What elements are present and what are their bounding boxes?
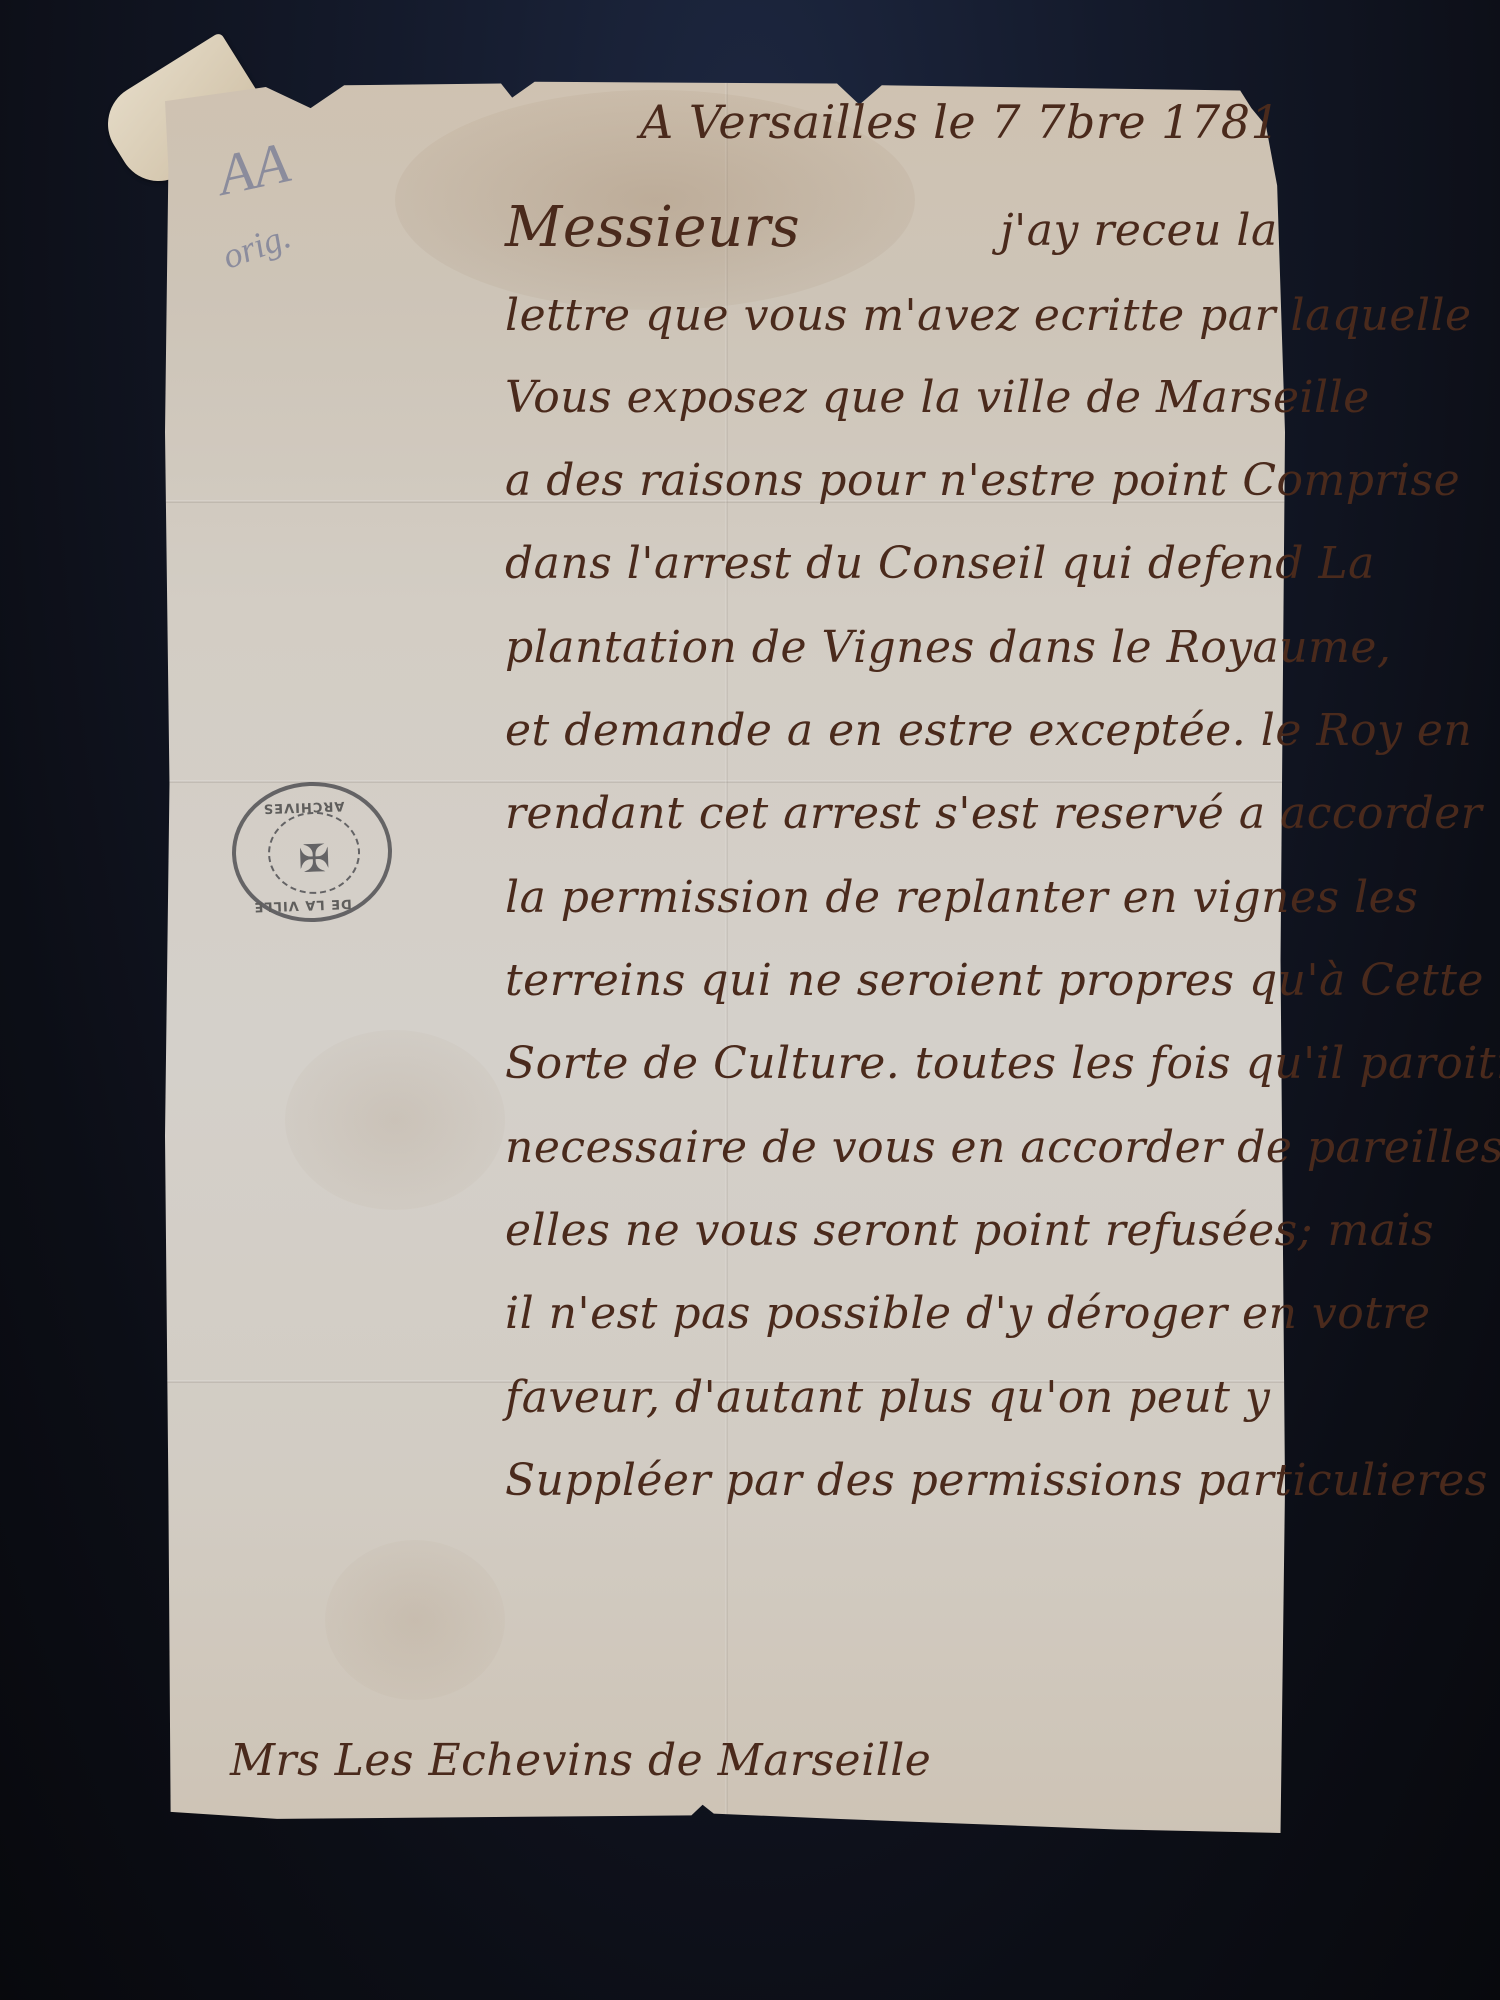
body-line: plantation de Vignes dans le Royaume, [505,622,1391,673]
body-line: necessaire de vous en accorder de pareil… [505,1122,1500,1173]
body-line: il n'est pas possible d'y déroger en vot… [505,1288,1431,1339]
water-stain [325,1540,505,1700]
dateline: A Versailles le 7 7bre 1781 [640,95,1280,149]
body-line: et demande a en estre exceptée. le Roy e… [505,705,1472,756]
body-line: elles ne vous seront point refusées; mai… [505,1205,1434,1256]
body-line: rendant cet arrest s'est reservé a accor… [505,788,1482,839]
coat-of-arms-cross-icon: ✠ [296,835,331,876]
opening-text: j'ay receu la [1000,205,1278,256]
body-line: Suppléer par des permissions particulier… [505,1455,1488,1506]
body-line: Vous exposez que la ville de Marseille [505,372,1370,423]
body-line: dans l'arrest du Conseil qui defend La [505,538,1375,589]
stamp-text-bottom: ARCHIVES [263,798,345,816]
salutation: Messieurs [505,195,800,260]
body-line: faveur, d'autant plus qu'on peut y [505,1372,1270,1423]
water-stain [285,1030,505,1210]
body-line: lettre que vous m'avez ecritte par laque… [505,290,1472,341]
body-line: a des raisons pour n'estre point Compris… [505,455,1460,506]
stamp-text-top: DE LA VILLE [253,896,352,914]
address-footer: Mrs Les Echevins de Marseille [230,1735,931,1786]
body-line: Sorte de Culture. toutes les fois qu'il … [505,1038,1500,1089]
body-line: la permission de replanter en vignes les [505,872,1418,923]
body-line: terreins qui ne seroient propres qu'à Ce… [505,955,1484,1006]
